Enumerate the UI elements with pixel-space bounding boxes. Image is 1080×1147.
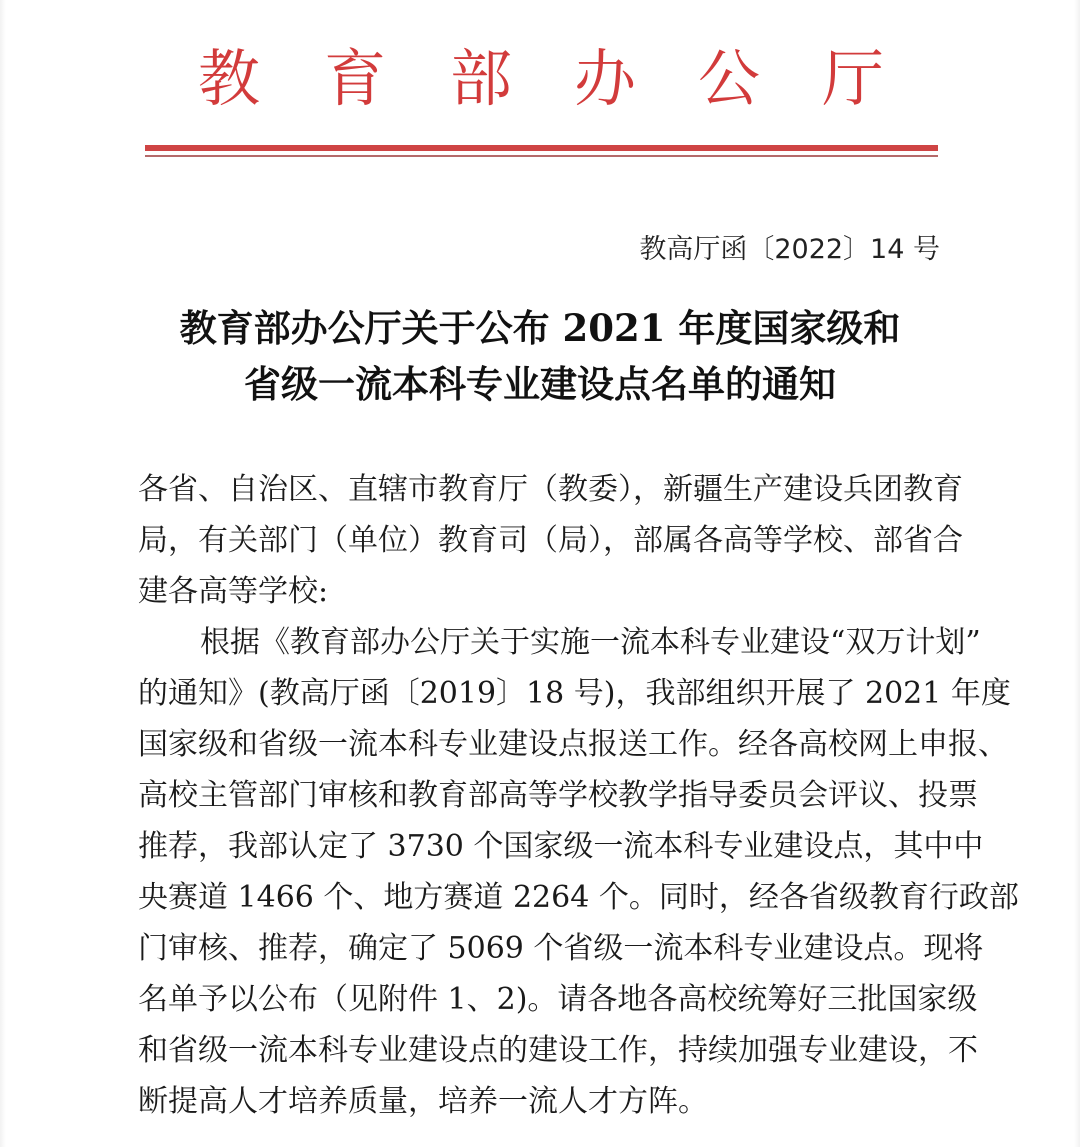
paragraph-line: 的通知》(教高厅函〔2019〕18 号)，我部组织开展了 2021 年度 [138, 668, 938, 719]
letterhead: 教 育 部 办 公 厅 [140, 40, 940, 120]
paragraph-line: 和省级一流本科专业建设点的建设工作，持续加强专业建设，不 [138, 1025, 938, 1076]
paragraph-line: 名单予以公布（见附件 1、2)。请各地各高校统筹好三批国家级 [138, 974, 938, 1025]
paragraph-line: 国家级和省级一流本科专业建设点报送工作。经各高校网上申报、 [138, 719, 938, 770]
paragraph-line: 央赛道 1466 个、地方赛道 2264 个。同时，经各省级教育行政部 [138, 872, 938, 923]
letterhead-divider-thin [145, 155, 938, 157]
title-line: 教育部办公厅关于公布 2021 年度国家级和 [140, 300, 940, 356]
body-paragraph: 根据《教育部办公厅关于实施一流本科专业建设“双万计划” 的通知》(教高厅函〔20… [138, 617, 938, 1127]
document-title: 教育部办公厅关于公布 2021 年度国家级和 省级一流本科专业建设点名单的通知 [140, 300, 940, 412]
letterhead-char: 公 [698, 44, 760, 114]
letterhead-char: 办 [574, 44, 636, 114]
title-line: 省级一流本科专业建设点名单的通知 [140, 356, 940, 412]
paragraph-line: 门审核、推荐，确定了 5069 个省级一流本科专业建设点。现将 [138, 923, 938, 974]
paragraph-line: 高校主管部门审核和教育部高等学校教学指导委员会评议、投票 [138, 770, 938, 821]
paragraph-line: 根据《教育部办公厅关于实施一流本科专业建设“双万计划” [138, 617, 938, 668]
paragraph-line: 推荐，我部认定了 3730 个国家级一流本科专业建设点，其中中 [138, 821, 938, 872]
letterhead-char: 部 [450, 44, 512, 114]
salutation-line: 局，有关部门（单位）教育司（局），部属各高等学校、部省合 [138, 515, 938, 566]
salutation: 各省、自治区、直辖市教育厅（教委），新疆生产建设兵团教育 局，有关部门（单位）教… [138, 464, 938, 617]
document-body: 各省、自治区、直辖市教育厅（教委），新疆生产建设兵团教育 局，有关部门（单位）教… [138, 464, 938, 1127]
paragraph-line: 断提高人才培养质量，培养一流人才方阵。 [138, 1076, 938, 1127]
letterhead-divider-thick [145, 145, 938, 151]
document-number: 教高厅函〔2022〕14 号 [639, 230, 940, 270]
letterhead-char: 教 [198, 44, 260, 114]
letterhead-char: 厅 [822, 44, 884, 114]
salutation-line: 各省、自治区、直辖市教育厅（教委），新疆生产建设兵团教育 [138, 464, 938, 515]
salutation-line: 建各高等学校: [138, 566, 938, 617]
letterhead-char: 育 [324, 44, 386, 114]
